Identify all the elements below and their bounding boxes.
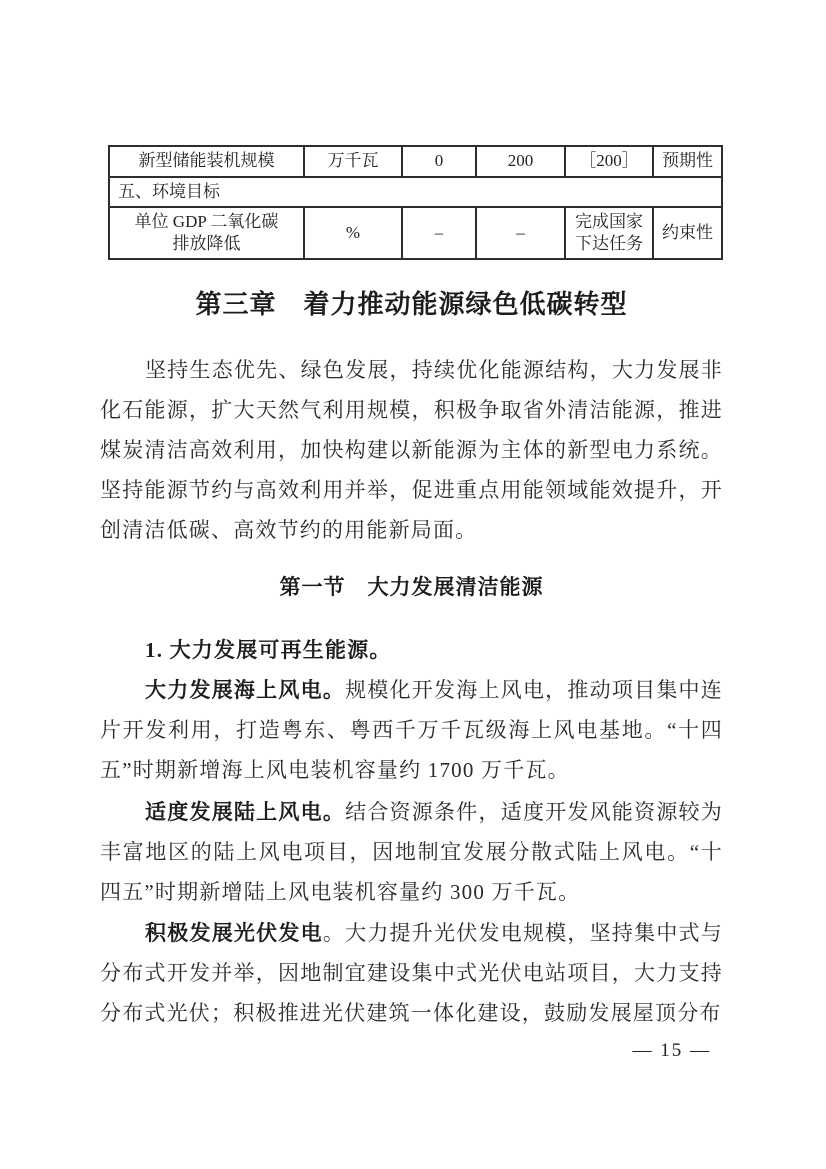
carbon-note-line1: 完成国家 (569, 211, 649, 233)
paragraph-offshore-wind: 大力发展海上风电。规模化开发海上风电，推动项目集中连片开发利用，打造粤东、粤西千… (100, 670, 723, 790)
storage-unit-cell: 万千瓦 (304, 146, 402, 177)
storage-base-cell: 0 (402, 146, 476, 177)
paragraph-onshore-wind: 适度发展陆上风电。结合资源条件，适度开发风能资源较为丰富地区的陆上风电项目，因地… (100, 792, 723, 912)
table-row-section-header: 五、环境目标 (109, 177, 722, 207)
item-heading: 1. 大力发展可再生能源。 (100, 630, 723, 670)
goals-table: 新型储能装机规模 万千瓦 0 200 ［200］ 预期性 五、环境目标 单位 G… (108, 145, 723, 260)
table-row-carbon: 单位 GDP 二氧化碳 排放降低 % – – 完成国家 下达任务 约束性 (109, 207, 722, 259)
storage-target-cell: 200 (476, 146, 565, 177)
table-row-storage: 新型储能装机规模 万千瓦 0 200 ［200］ 预期性 (109, 146, 722, 177)
section-title: 第一节 大力发展清洁能源 (100, 571, 723, 601)
page-number: — 15 — (100, 1040, 711, 1062)
carbon-target-cell: – (476, 207, 565, 259)
storage-indicator-cell: 新型储能装机规模 (109, 146, 304, 177)
offshore-wind-lead: 大力发展海上风电。 (145, 678, 345, 702)
storage-bracket-cell: ［200］ (565, 146, 653, 177)
carbon-indicator-line2: 排放降低 (113, 233, 300, 255)
chapter-title: 第三章 着力推动能源绿色低碳转型 (100, 284, 723, 321)
carbon-indicator-line1: 单位 GDP 二氧化碳 (113, 211, 300, 233)
carbon-note-line2: 下达任务 (569, 233, 649, 255)
section-header-cell: 五、环境目标 (109, 177, 722, 207)
paragraph-solar-pv: 积极发展光伏发电。大力提升光伏发电规模，坚持集中式与分布式开发并举，因地制宜建设… (100, 913, 723, 1033)
onshore-wind-lead: 适度发展陆上风电。 (145, 800, 345, 824)
carbon-base-cell: – (402, 207, 476, 259)
carbon-indicator-cell: 单位 GDP 二氧化碳 排放降低 (109, 207, 304, 259)
intro-paragraph: 坚持生态优先、绿色发展，持续优化能源结构，大力发展非化石能源，扩大天然气利用规模… (100, 350, 723, 550)
storage-attribute-cell: 预期性 (653, 146, 722, 177)
carbon-unit-cell: % (304, 207, 402, 259)
carbon-attribute-cell: 约束性 (653, 207, 722, 259)
carbon-note-cell: 完成国家 下达任务 (565, 207, 653, 259)
solar-pv-lead: 积极发展光伏发电 (145, 921, 323, 945)
